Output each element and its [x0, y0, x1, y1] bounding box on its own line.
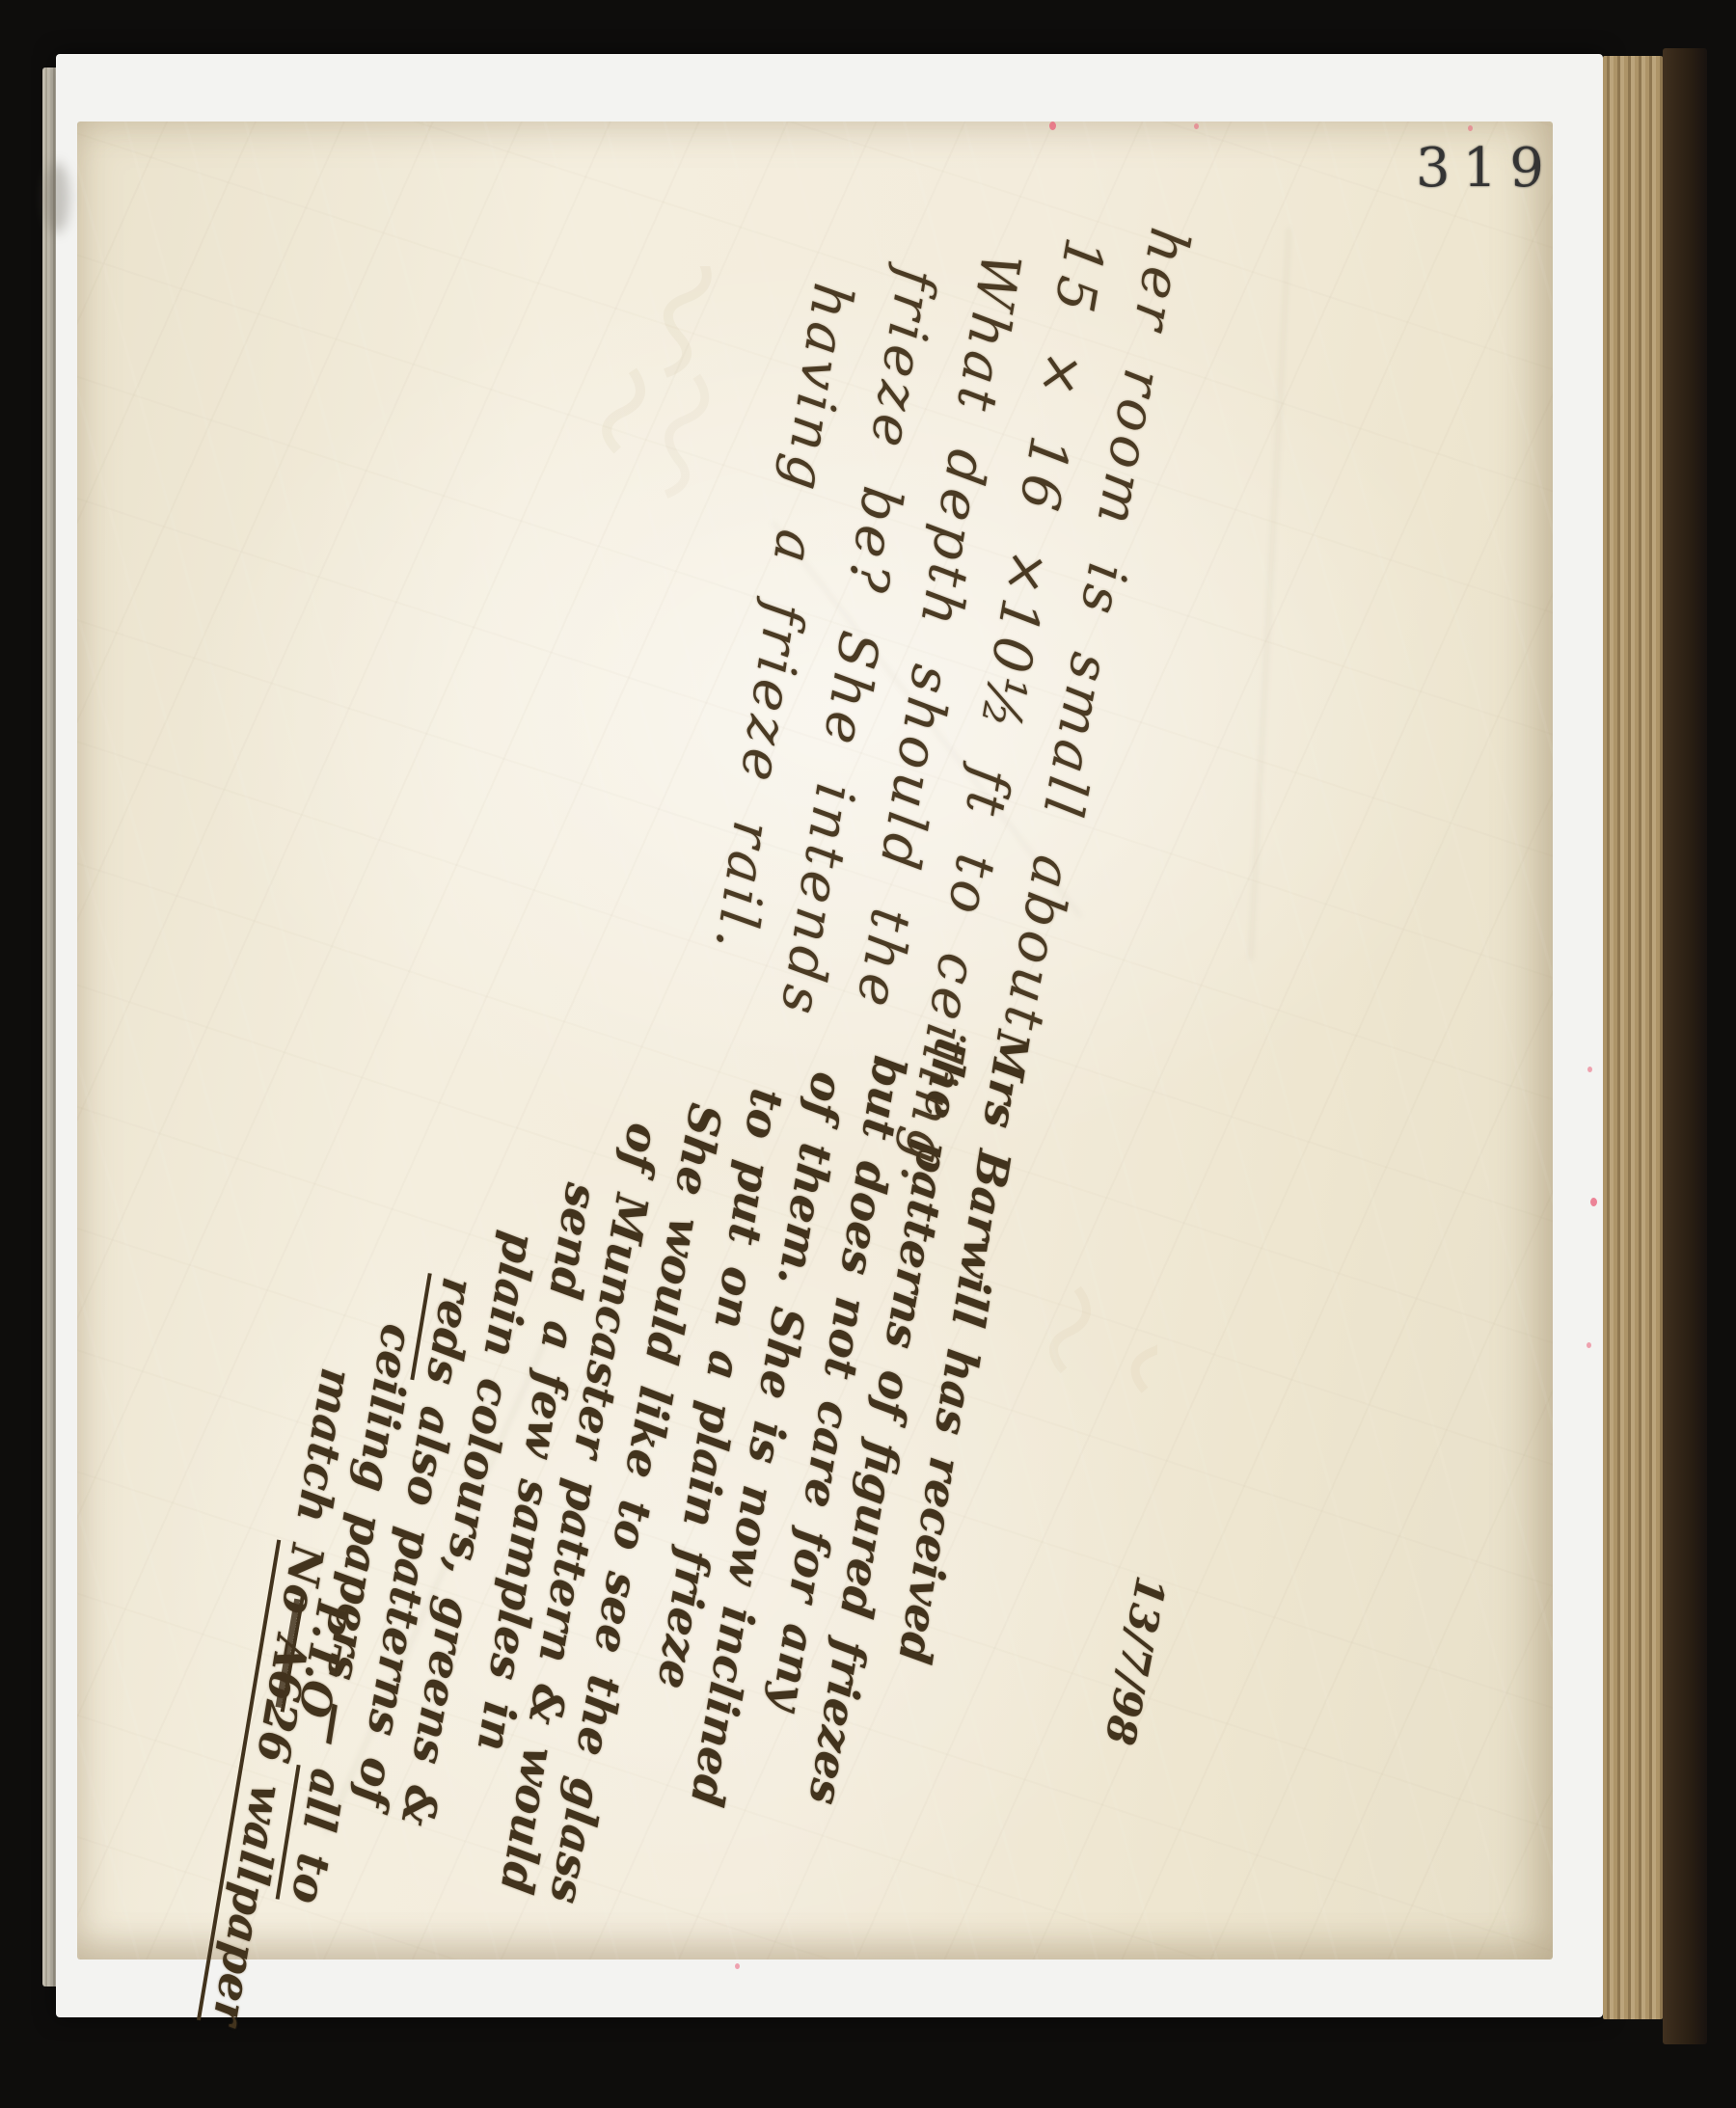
line-text: match [283, 1365, 364, 1550]
handwriting-line-top-2: 15 × 16 ×10½ ft to ceiling. [886, 233, 1116, 1195]
handwriting-line-3: but does not care for any [761, 1053, 916, 1715]
page-number-stamp: 319 [1416, 137, 1557, 200]
underlined-word: all to [276, 1765, 354, 1907]
handwriting-line-4: of them. She is now inclined [680, 1068, 854, 1810]
handwriting-line-9: plain colours, greens & [391, 1229, 547, 1831]
edge-speck [1049, 122, 1056, 130]
handwriting-line-10: reds also patterns of [345, 1274, 485, 1811]
line-text: also patterns of [345, 1380, 467, 1811]
ink-bleed-ghost [984, 1230, 1157, 1520]
underlined-word: reds [410, 1273, 485, 1389]
edge-speck [1587, 1342, 1591, 1348]
book-cover-edge [1663, 48, 1707, 2044]
handwriting-line-7: of Muncaster pattern & would [490, 1120, 670, 1898]
handwriting-line-top-4: frieze be? She intends [768, 264, 948, 1023]
notebook-page: 319 her room is small about 15 × 16 ×10½… [77, 122, 1553, 1959]
handwriting-line-11: ceiling papers — all to [282, 1321, 424, 1908]
handwriting-line-top-3: What depth should the [843, 248, 1032, 1015]
ink-bleed-ghost [530, 266, 936, 555]
line-text: ceiling papers — [303, 1321, 424, 1774]
paper-crease [324, 1340, 547, 1835]
edge-speck [1590, 1198, 1597, 1206]
pto-text: P.T.O [281, 1596, 357, 1721]
paper-crease [1249, 228, 1290, 959]
handwriting-line-12: match No A626 wallpaper [203, 1365, 364, 2029]
pencil-smudge [44, 162, 69, 233]
book-fore-edge-pages [1603, 56, 1663, 2019]
edge-speck [1468, 125, 1473, 131]
date-line: 13/7/98 [1096, 1573, 1175, 1749]
edge-speck [1587, 1067, 1592, 1072]
edge-speck [1194, 123, 1199, 129]
pto-line: P.T.O [288, 1597, 357, 1721]
underlined-word: No A626 wallpaper [197, 1540, 334, 2029]
handwriting-line-5: to put on a plain frieze [647, 1086, 794, 1693]
edge-speck [735, 1963, 740, 1969]
handwriting-line-6: She would like to see the glass [540, 1100, 732, 1908]
paper-crease [772, 522, 1082, 918]
handwriting-line-top-5: having a frieze rail. [702, 279, 864, 959]
handwriting-line-top-1: her room is small about [990, 223, 1201, 1039]
handwriting-line-2: the patterns of figured friezes [799, 1035, 978, 1808]
handwriting-line-1: Mrs Barwill has received [888, 1028, 1040, 1668]
handwriting-line-8: send a few samples in [468, 1180, 609, 1756]
photo-stage: 319 her room is small about 15 × 16 ×10½… [0, 0, 1736, 2108]
